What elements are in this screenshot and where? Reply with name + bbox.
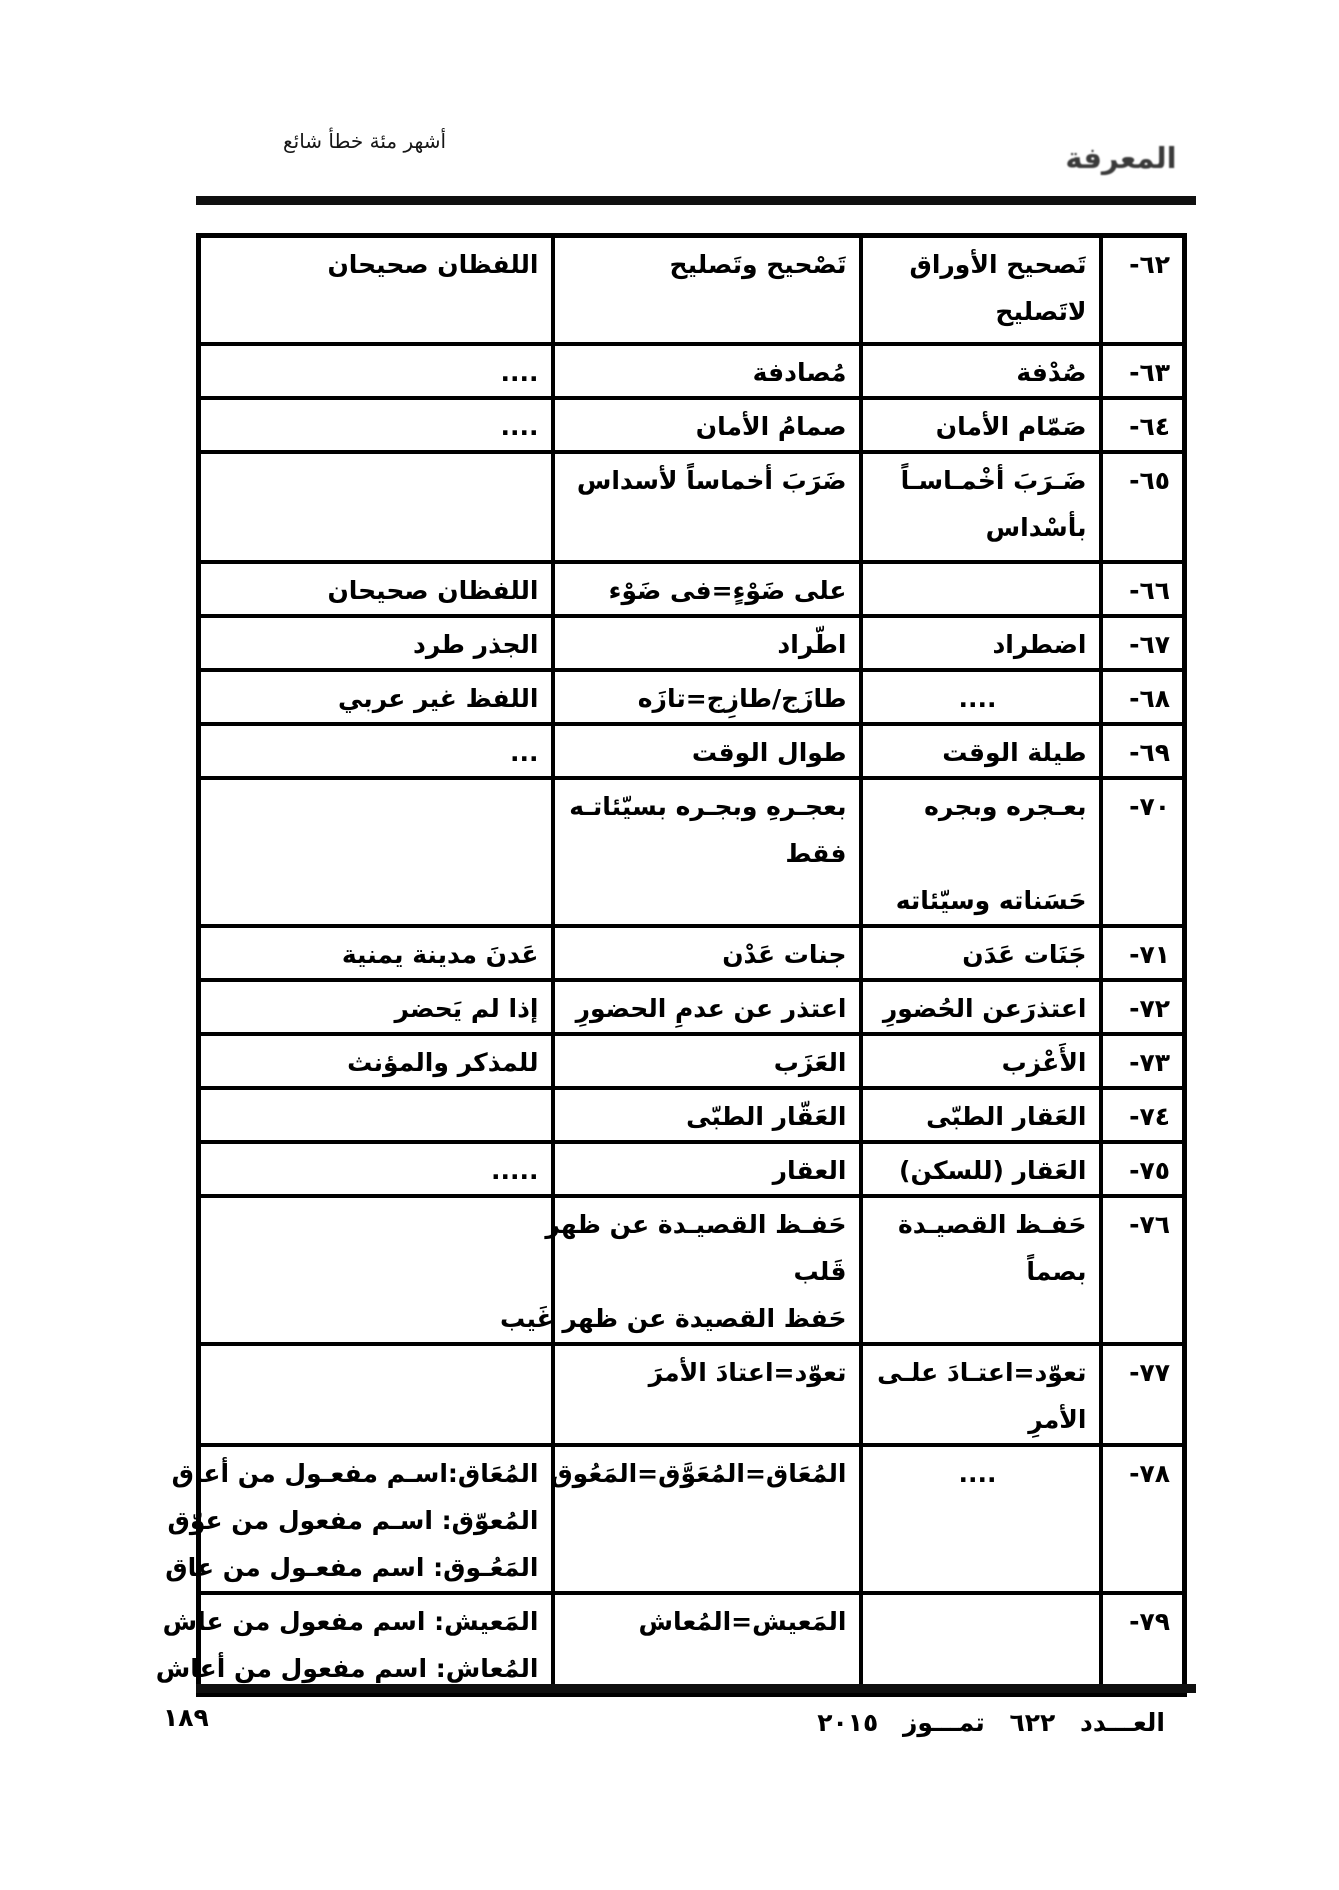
cell-line: اللفظان صحيحان [207, 567, 539, 614]
cell-note: اللفظان صحيحان [199, 236, 553, 344]
cell-line: على ضَوْءٍ=فى ضَوْء [561, 567, 847, 614]
cell-number: ٧٣- [1101, 1034, 1185, 1088]
cell-line: ٦٩- [1109, 729, 1171, 776]
table-row: ٦٥-ضَـرَبَ أخْمـاسـاًبأسْداسضَرَبَ أخماس… [199, 452, 1185, 562]
cell-number: ٧٨- [1101, 1445, 1185, 1593]
cell-line: حَفـظ القصيـدة عن ظهر [561, 1201, 847, 1248]
dots-placeholder: .... [869, 1450, 1087, 1497]
cell-note: للمذكر والمؤنث [199, 1034, 553, 1088]
magazine-page: أشهر مئة خطأ شائع المعرفة ٦٢-تَصحيح الأو… [0, 0, 1339, 1890]
cell-correct: العقار [553, 1142, 861, 1196]
cell-line: مُصادفة [561, 349, 847, 396]
cell-wrong: حَفـظ القصيـدةبصماً [861, 1196, 1101, 1344]
footer-page-number: ١٨٩ [163, 1703, 209, 1732]
cell-number: ٧٠- [1101, 778, 1185, 926]
cell-line: المُعوّق: اسـم مفعول من عوّق [207, 1497, 539, 1544]
cell-correct: تَصْحيح وتَصليح [553, 236, 861, 344]
cell-line: العَقار الطبّى [869, 1093, 1087, 1140]
cell-line: العَقار (للسكن) [869, 1147, 1087, 1194]
cell-number: ٧٥- [1101, 1142, 1185, 1196]
cell-correct: بعجـرهِ وبجـره بسيّئاتـهفقط [553, 778, 861, 926]
cell-number: ٦٦- [1101, 562, 1185, 616]
cell-number: ٧٩- [1101, 1593, 1185, 1695]
cell-number: ٧٢- [1101, 980, 1185, 1034]
cell-line: عَدنَ مدينة يمنية [207, 931, 539, 978]
dots-placeholder: ..... [207, 1147, 539, 1194]
cell-number: ٧٧- [1101, 1344, 1185, 1445]
cell-line: إذا لم يَحضر [207, 985, 539, 1032]
table-row: ٧٦-حَفـظ القصيـدةبصماًحَفـظ القصيـدة عن … [199, 1196, 1185, 1344]
cell-correct: ضَرَبَ أخماساً لأسداس [553, 452, 861, 562]
cell-note: .... [199, 398, 553, 452]
dots-placeholder: .... [869, 675, 1087, 722]
cell-line: ٧٨- [1109, 1450, 1171, 1497]
cell-number: ٧١- [1101, 926, 1185, 980]
cell-line: تَصْحيح وتَصليح [561, 241, 847, 288]
table-row: ٦٨-....طازَج/طازِج=تازَهاللفظ غير عربي [199, 670, 1185, 724]
cell-number: ٦٢- [1101, 236, 1185, 344]
cell-line: اللفظان صحيحان [207, 241, 539, 288]
footer-issue-info: العـــدد ٦٢٢ تمـــوز ٢٠١٥ [817, 1708, 1165, 1737]
cell-line: جنات عَدْن [561, 931, 847, 978]
cell-line: ٧١- [1109, 931, 1171, 978]
cell-number: ٧٤- [1101, 1088, 1185, 1142]
cell-number: ٦٥- [1101, 452, 1185, 562]
cell-correct: العَقّار الطبّى [553, 1088, 861, 1142]
cell-line: ٦٧- [1109, 621, 1171, 668]
cell-correct: صمامُ الأمان [553, 398, 861, 452]
page-header-title: أشهر مئة خطأ شائع [283, 129, 446, 153]
cell-correct: على ضَوْءٍ=فى ضَوْء [553, 562, 861, 616]
cell-note: .... [199, 344, 553, 398]
table-row: ٧٧-تعوّد=اعتـادَ علـىالأمرِتعوّد=اعتادَ … [199, 1344, 1185, 1445]
table-row: ٧٢-اعتذرَعن الحُضورِاعتذر عن عدمِ الحضور… [199, 980, 1185, 1034]
cell-line: الأَعْزب [869, 1039, 1087, 1086]
cell-note: ..... [199, 1142, 553, 1196]
cell-number: ٦٣- [1101, 344, 1185, 398]
cell-line: ٧٤- [1109, 1093, 1171, 1140]
dots-placeholder: .... [207, 403, 539, 450]
cell-line: صمامُ الأمان [561, 403, 847, 450]
cell-line: المُعَاق:اسـم مفعـول من أعاق [207, 1450, 539, 1497]
cell-number: ٦٧- [1101, 616, 1185, 670]
cell-note [199, 1344, 553, 1445]
cell-wrong: بعـجره وبجره حَسَناته وسيّئاته [861, 778, 1101, 926]
cell-line: ٦٤- [1109, 403, 1171, 450]
cell-note [199, 1088, 553, 1142]
cell-line: اعتذرَعن الحُضورِ [869, 985, 1087, 1032]
cell-note: المُعَاق:اسـم مفعـول من أعاقالمُعوّق: اس… [199, 1445, 553, 1593]
cell-line: ضَـرَبَ أخْمـاسـاً [869, 457, 1087, 504]
cell-note [199, 452, 553, 562]
cell-number: ٦٤- [1101, 398, 1185, 452]
cell-line: ٦٦- [1109, 567, 1171, 614]
cell-line: تعوّد=اعتـادَ علـى [869, 1349, 1087, 1396]
cell-line: المَعيش: اسم مفعول من عاش [207, 1598, 539, 1645]
cell-correct: اطّراد [553, 616, 861, 670]
cell-line: ٦٨- [1109, 675, 1171, 722]
cell-number: ٦٨- [1101, 670, 1185, 724]
cell-line: طيلة الوقت [869, 729, 1087, 776]
cell-line: اللفظ غير عربي [207, 675, 539, 722]
cell-note: إذا لم يَحضر [199, 980, 553, 1034]
cell-wrong: جَنَات عَدَن [861, 926, 1101, 980]
table-row: ٦٦-على ضَوْءٍ=فى ضَوْءاللفظان صحيحان [199, 562, 1185, 616]
cell-correct: طوال الوقت [553, 724, 861, 778]
cell-line: صَمّام الأمان [869, 403, 1087, 450]
cell-wrong: ضَـرَبَ أخْمـاسـاًبأسْداس [861, 452, 1101, 562]
cell-line: حَسَناته وسيّئاته [869, 877, 1087, 924]
cell-wrong: العَقار الطبّى [861, 1088, 1101, 1142]
cell-wrong: .... [861, 670, 1101, 724]
cell-note [199, 778, 553, 926]
cell-line: ٦٥- [1109, 457, 1171, 504]
cell-number: ٧٦- [1101, 1196, 1185, 1344]
cell-line: بعـجره وبجره [869, 783, 1087, 830]
table-row: ٧٩-المَعيش=المُعاشالمَعيش: اسم مفعول من … [199, 1593, 1185, 1695]
cell-line: حَفـظ القصيـدة [869, 1201, 1087, 1248]
cell-line: الأمرِ [869, 1396, 1087, 1443]
cell-wrong: تَصحيح الأوراقلاتَصليح [861, 236, 1101, 344]
cell-correct: جنات عَدْن [553, 926, 861, 980]
cell-wrong: العَقار (للسكن) [861, 1142, 1101, 1196]
cell-note: اللفظان صحيحان [199, 562, 553, 616]
cell-line: اضطراد [869, 621, 1087, 668]
cell-line: تَصحيح الأوراق [869, 241, 1087, 288]
cell-line: تعوّد=اعتادَ الأمرَ [561, 1349, 847, 1396]
cell-line: حَفظ القصيدة عن ظهر غَيب [561, 1295, 847, 1342]
cell-line: بأسْداس [869, 504, 1087, 551]
dots-placeholder: .... [207, 349, 539, 396]
cell-line: بعجـرهِ وبجـره بسيّئاتـه [561, 783, 847, 830]
cell-line: طوال الوقت [561, 729, 847, 776]
header-rule [196, 196, 1196, 205]
cell-note: عَدنَ مدينة يمنية [199, 926, 553, 980]
errors-table-body: ٦٢-تَصحيح الأوراقلاتَصليحتَصْحيح وتَصليح… [199, 236, 1185, 1695]
cell-line: العَزَب [561, 1039, 847, 1086]
cell-correct: مُصادفة [553, 344, 861, 398]
cell-line: اطّراد [561, 621, 847, 668]
cell-correct: طازَج/طازِج=تازَه [553, 670, 861, 724]
cell-line: اعتذر عن عدمِ الحضورِ [561, 985, 847, 1032]
cell-note: الجذر طرد [199, 616, 553, 670]
cell-wrong: الأَعْزب [861, 1034, 1101, 1088]
table-row: ٧٣-الأَعْزبالعَزَبللمذكر والمؤنث [199, 1034, 1185, 1088]
cell-line: العقار [561, 1147, 847, 1194]
cell-correct: المَعيش=المُعاش [553, 1593, 861, 1695]
cell-line: للمذكر والمؤنث [207, 1039, 539, 1086]
cell-line: لاتَصليح [869, 288, 1087, 335]
cell-line: المُعَاق=المُعَوَّق=المَعُوق [561, 1450, 847, 1497]
cell-wrong: صَمّام الأمان [861, 398, 1101, 452]
cell-note: اللفظ غير عربي [199, 670, 553, 724]
cell-line: ٧٢- [1109, 985, 1171, 1032]
table-row: ٧١-جَنَات عَدَنجنات عَدْنعَدنَ مدينة يمن… [199, 926, 1185, 980]
errors-table: ٦٢-تَصحيح الأوراقلاتَصليحتَصْحيح وتَصليح… [196, 233, 1187, 1697]
cell-line: قَلب [561, 1248, 847, 1295]
table-row: ٦٧-اضطراداطّرادالجذر طرد [199, 616, 1185, 670]
cell-line: ٧٥- [1109, 1147, 1171, 1194]
cell-wrong: اضطراد [861, 616, 1101, 670]
cell-line [869, 830, 1087, 877]
cell-line: ٧٦- [1109, 1201, 1171, 1248]
cell-wrong: طيلة الوقت [861, 724, 1101, 778]
cell-note: ... [199, 724, 553, 778]
table-row: ٧٤-العَقار الطبّىالعَقّار الطبّى [199, 1088, 1185, 1142]
cell-line: العَقّار الطبّى [561, 1093, 847, 1140]
cell-line: صُدْفة [869, 349, 1087, 396]
table-row: ٦٤-صَمّام الأمانصمامُ الأمان.... [199, 398, 1185, 452]
cell-correct: حَفـظ القصيـدة عن ظهرقَلبحَفظ القصيدة عن… [553, 1196, 861, 1344]
cell-line: ٧٠- [1109, 783, 1171, 830]
cell-number: ٦٩- [1101, 724, 1185, 778]
table-row: ٧٥-العَقار (للسكن)العقار..... [199, 1142, 1185, 1196]
dots-placeholder: ... [207, 729, 539, 776]
cell-correct: تعوّد=اعتادَ الأمرَ [553, 1344, 861, 1445]
cell-line: بصماً [869, 1248, 1087, 1295]
cell-wrong [861, 1593, 1101, 1695]
cell-line: فقط [561, 830, 847, 877]
cell-correct: اعتذر عن عدمِ الحضورِ [553, 980, 861, 1034]
table-row: ٧٠-بعـجره وبجره حَسَناته وسيّئاتهبعجـرهِ… [199, 778, 1185, 926]
cell-wrong: اعتذرَعن الحُضورِ [861, 980, 1101, 1034]
cell-line: ٧٩- [1109, 1598, 1171, 1645]
cell-line: طازَج/طازِج=تازَه [561, 675, 847, 722]
cell-wrong [861, 562, 1101, 616]
magazine-logo: المعرفة [1062, 141, 1180, 179]
cell-correct: العَزَب [553, 1034, 861, 1088]
cell-wrong: .... [861, 1445, 1101, 1593]
cell-line: ٦٣- [1109, 349, 1171, 396]
cell-line: ٧٣- [1109, 1039, 1171, 1086]
cell-line: جَنَات عَدَن [869, 931, 1087, 978]
cell-line: ٧٧- [1109, 1349, 1171, 1396]
cell-wrong: تعوّد=اعتـادَ علـىالأمرِ [861, 1344, 1101, 1445]
cell-line: المَعيش=المُعاش [561, 1598, 847, 1645]
cell-line: ضَرَبَ أخماساً لأسداس [561, 457, 847, 504]
table-row: ٦٣-صُدْفةمُصادفة.... [199, 344, 1185, 398]
table-row: ٦٢-تَصحيح الأوراقلاتَصليحتَصْحيح وتَصليح… [199, 236, 1185, 344]
table-row: ٦٩-طيلة الوقتطوال الوقت... [199, 724, 1185, 778]
cell-line: ٦٢- [1109, 241, 1171, 288]
table-row: ٧٨-....المُعَاق=المُعَوَّق=المَعُوقالمُع… [199, 1445, 1185, 1593]
cell-line: الجذر طرد [207, 621, 539, 668]
cell-line: المَعُـوق: اسم مفعـول من عاق [207, 1544, 539, 1591]
cell-correct: المُعَاق=المُعَوَّق=المَعُوق [553, 1445, 861, 1593]
cell-note: المَعيش: اسم مفعول من عاشالمُعاش: اسم مف… [199, 1593, 553, 1695]
footer-rule [196, 1684, 1196, 1693]
cell-wrong: صُدْفة [861, 344, 1101, 398]
